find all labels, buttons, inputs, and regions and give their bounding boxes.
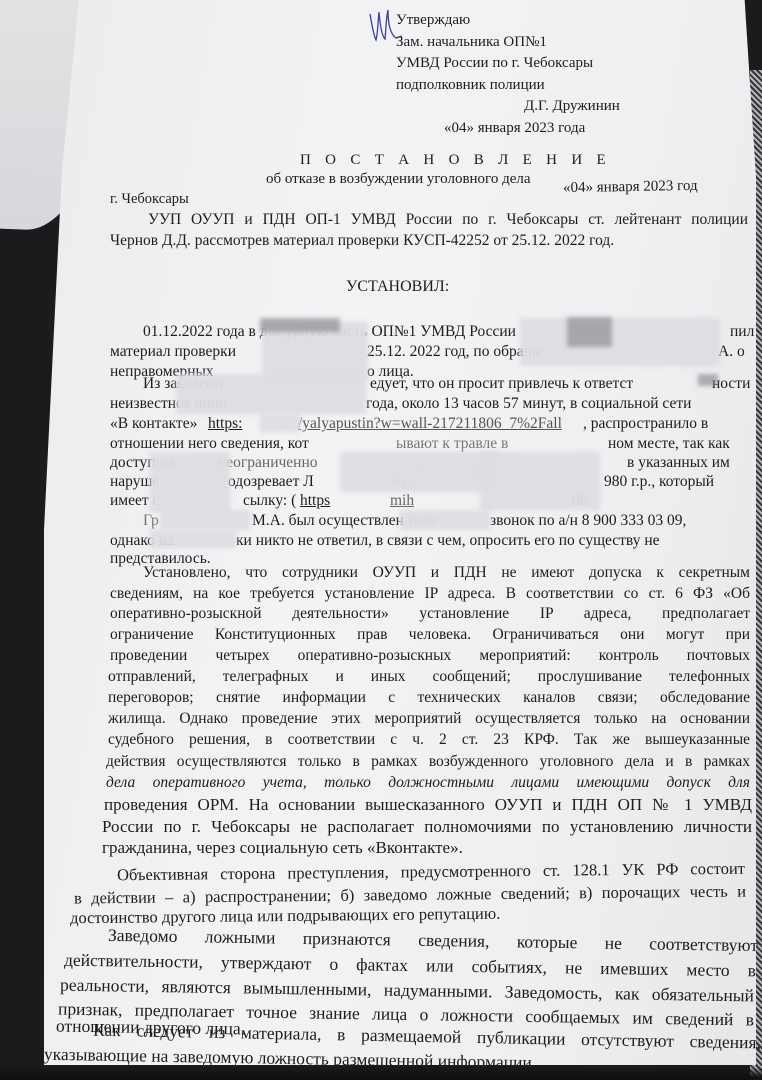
text-line: оперативно-розыскной деятельности» устан… — [110, 604, 750, 624]
text-line: действия осуществляются только в рамках … — [106, 752, 750, 772]
text-line: гражданина, через социальную сеть «Вконт… — [102, 838, 463, 858]
text-line: переговоров; снятие информации с техниче… — [108, 688, 750, 708]
text-fragment: пил — [730, 322, 754, 342]
text-fragment: в указанных им — [627, 453, 730, 473]
text-fragment: материал проверки — [110, 342, 236, 362]
redaction-block — [400, 510, 490, 530]
text-fragment: сылку: ( — [243, 491, 296, 511]
text-line: проведения ОРМ. На основании вышесказанн… — [104, 795, 752, 815]
text-line: ограничение Конституционных прав человек… — [110, 625, 750, 645]
redaction-block — [567, 317, 612, 347]
suspect-link[interactable]: https — [300, 491, 330, 511]
text-fragment: 980 г.р., который — [604, 472, 714, 492]
redaction-block — [160, 510, 250, 530]
text-fragment: едует, что он просит привлечь к ответст — [370, 374, 633, 394]
intro-line-1: УУП ОУУП и ПДН ОП-1 УМВД России по г. Че… — [148, 210, 748, 230]
approval-line-approve: Утверждаю — [396, 10, 620, 32]
approval-signatory: Д.Г. Дружинин — [396, 96, 620, 118]
redaction-block — [480, 452, 600, 510]
text-line: России по г. Чебоксары не располагает по… — [102, 817, 752, 837]
text-fragment: года, около 13 часов 57 минут, в социаль… — [366, 394, 691, 414]
text-fragment: Гр — [143, 511, 159, 531]
suspect-link-tail[interactable]: mih — [390, 491, 414, 511]
text-line: проведении четырех оперативно-розыскных … — [110, 646, 750, 666]
text-line: отправлений, телеграфных и иных сообщени… — [108, 667, 750, 687]
text-fragment: ки никто не ответил, в связи с чем, опро… — [236, 531, 660, 551]
approval-line-position: Зам. начальника ОП№1 — [396, 32, 620, 54]
text-fragment: ном месте, так как — [608, 434, 730, 454]
text-fragment: «В контакте» — [110, 414, 197, 434]
profile-link[interactable]: https: — [208, 414, 242, 434]
text-fragment: А. о — [718, 342, 745, 362]
text-line: дела оперативного учета, только должност… — [106, 773, 750, 793]
approval-line-department: УМВД России по г. Чебоксары — [396, 53, 620, 75]
redaction-block — [340, 452, 500, 492]
document-city: г. Чебоксары — [110, 189, 189, 209]
document-title: П О С Т А Н О В Л Е Н И Е — [300, 150, 611, 170]
approval-date: «04» января 2023 года — [444, 118, 620, 140]
text-line: судебного решения, в соответствии с ч. 2… — [108, 730, 750, 750]
post-link[interactable]: /yalyapustin?w=wall-217211806_7%2Fall — [298, 414, 562, 434]
text-line: Установлено, что сотрудники ОУУП и ПДН н… — [143, 563, 750, 583]
text-fragment: звонок по а/н 8 900 333 03 09, — [490, 511, 686, 531]
redaction-block — [520, 318, 720, 366]
approval-line-rank: подполковник полиции — [396, 75, 620, 97]
text-line: сведениям, на кое требуется установление… — [110, 584, 750, 604]
text-fragment: ывают к травле в — [396, 434, 508, 454]
redaction-block — [150, 530, 236, 548]
intro-line-2: Чернов Д.Д. рассмотрев материал проверки… — [110, 231, 614, 251]
text-fragment: , распространило в — [583, 414, 708, 434]
text-fragment: 25.12. 2022 год, по обраще — [367, 342, 542, 362]
text-fragment: одозревает Л — [228, 472, 314, 492]
section-heading: УСТАНОВИЛ: — [346, 277, 449, 297]
text-fragment: отношении него сведения, кот — [110, 434, 309, 454]
redaction-block — [150, 452, 230, 512]
approval-block: Утверждаю Зам. начальника ОП№1 УМВД Росс… — [396, 10, 620, 139]
document-date: «04» января 2023 год — [563, 176, 698, 198]
text-fragment: неограниченно — [218, 453, 318, 473]
redaction-block — [260, 318, 340, 332]
text-line: жилища. Однако проведение этих мероприят… — [108, 709, 750, 729]
redaction-block — [698, 374, 718, 386]
document-subtitle: об отказе в возбуждении уголовного дела — [266, 169, 531, 189]
redaction-block — [260, 414, 300, 432]
redaction-block — [176, 374, 366, 414]
